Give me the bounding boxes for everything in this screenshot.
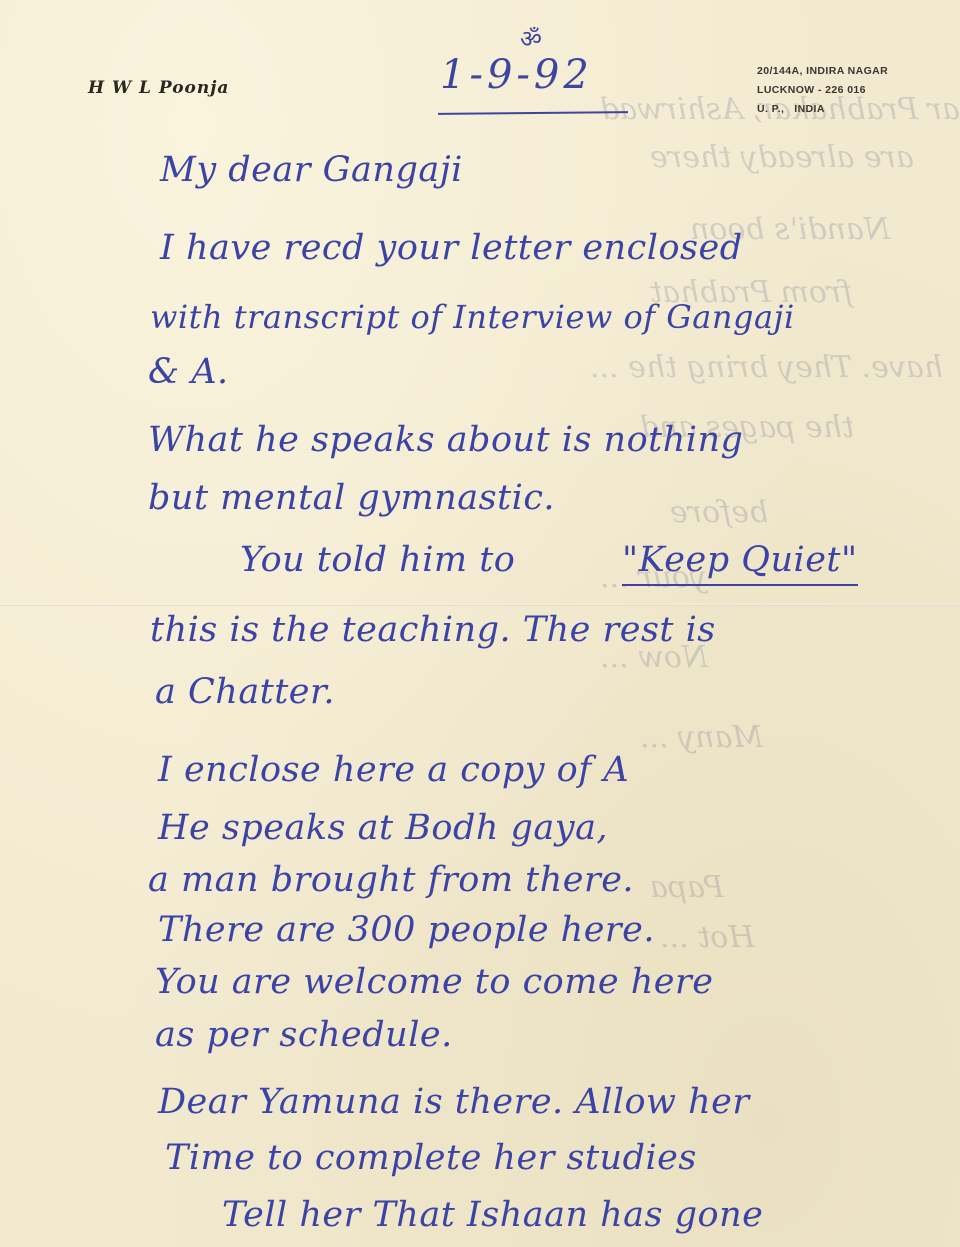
letter-page: Dear Prabhakar, Ashirwad are already the… — [0, 0, 960, 1247]
letter-line: I have recd your letter enclosed — [160, 228, 743, 268]
address-line: U. P., INDIA — [757, 100, 888, 119]
letter-line: He speaks at Bodh gaya, — [158, 808, 608, 848]
letter-line: You are welcome to come here — [155, 962, 713, 1002]
letter-line: with transcript of Interview of Gangaji — [150, 298, 795, 336]
letter-line: but mental gymnastic. — [148, 478, 555, 518]
letter-line: as per schedule. — [155, 1015, 453, 1055]
letter-line: You told him to — [240, 540, 515, 580]
bleed-through-line: have. They bring the ... — [590, 350, 943, 385]
keep-quiet-underlined: "Keep Quiet" — [622, 540, 858, 586]
bleed-through-line: Many ... — [640, 720, 763, 755]
letterhead-name: H W L Poonja — [88, 78, 229, 98]
salutation: My dear Gangaji — [160, 150, 463, 190]
bleed-through-line: Papa — [650, 870, 724, 905]
paper-fold-crease — [0, 604, 960, 606]
letter-line: What he speaks about is nothing — [148, 420, 743, 460]
bleed-through-line: before — [670, 495, 768, 530]
letter-date: 1-9-92 — [440, 52, 593, 98]
letter-line: Time to complete her studies — [165, 1138, 697, 1178]
letter-line: a Chatter. — [155, 672, 335, 712]
letter-line: a man brought from there. — [148, 860, 634, 900]
letter-line: I enclose here a copy of A — [158, 750, 629, 790]
bleed-through-line: are already there — [650, 140, 914, 175]
letter-line: There are 300 people here. — [158, 910, 655, 950]
letter-line: this is the teaching. The rest is — [150, 610, 716, 650]
om-symbol-icon: ॐ — [520, 22, 542, 55]
letterhead-address: 20/144A, INDIRA NAGAR LUCKNOW - 226 016 … — [757, 62, 888, 119]
address-line: 20/144A, INDIRA NAGAR — [757, 62, 888, 81]
bleed-through-line: Hot ... — [660, 920, 754, 955]
letter-line: Dear Yamuna is there. Allow her — [158, 1082, 750, 1122]
address-line: LUCKNOW - 226 016 — [757, 81, 888, 100]
letter-line: & A. — [148, 352, 229, 392]
letter-line: Tell her That Ishaan has gone — [222, 1195, 763, 1235]
